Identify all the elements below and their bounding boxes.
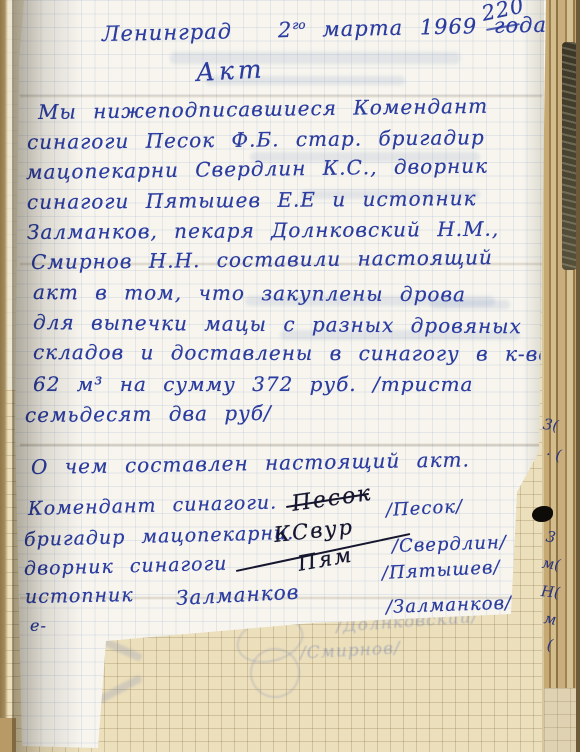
signature-role: дворник синагоги	[24, 553, 228, 580]
book-gutter-edge	[0, 0, 8, 752]
handwritten-line: Мы нижеподписавшиеся Комендант	[38, 94, 488, 124]
handwritten-line: синагоги Песок Ф.Б. стар. бригадир	[27, 125, 485, 154]
date-day-suffix: го	[292, 18, 306, 32]
handwritten-line: складов и доставлены в синагогу в к-ве	[33, 340, 551, 366]
postscript-mark: е-	[30, 616, 47, 635]
signature-transcript: /Свердлин/	[392, 532, 508, 557]
handwritten-line: семьдесят два руб/	[25, 401, 272, 427]
closing-line: О чем составлен настоящий акт.	[31, 447, 470, 479]
page-crease	[20, 443, 542, 447]
handwritten-line: Залманков, пекаря Долнковский Н.М.,	[27, 217, 499, 244]
ink-blot	[532, 506, 553, 522]
document-title: Акт	[195, 54, 266, 87]
signature-autograph: КСвур	[273, 515, 355, 547]
edge-text-fragment: Н(	[540, 582, 561, 602]
date-rest: марта 1969 года	[322, 13, 547, 42]
signature-transcript: /Песок/	[385, 496, 463, 521]
signature-role: Комендант синагоги.	[28, 491, 278, 520]
handwritten-line: 62 м³ на сумму 372 руб. /триста	[33, 372, 473, 396]
signature-autograph: Залманков	[175, 580, 300, 610]
edge-text-fragment: м(	[541, 554, 562, 574]
handwritten-line: для выпечки мацы с разных дровяных	[33, 310, 522, 338]
place-date-line: Ленинград2го марта 1969 года	[102, 13, 547, 46]
signature-transcript: /Залманков/	[386, 593, 513, 618]
lower-page-edge	[544, 688, 580, 752]
scanned-document: 3( · ( 3 м( Н( м ( /Долнковский/ /Смирно…	[0, 0, 580, 752]
signature-role: бригадир мацопекарни.	[24, 522, 295, 551]
handwritten-line: синагоги Пятышев Е.Е и истопник	[27, 186, 477, 214]
date-day: 2	[278, 18, 293, 42]
place-name: Ленинград	[102, 19, 233, 46]
handwritten-line: мацопекарни Свердлин К.С., дворник	[26, 154, 488, 184]
handwritten-line: Смирнов Н.Н. составили настоящий	[31, 245, 493, 274]
page-corner-edge	[0, 718, 16, 752]
edge-text-fragment: 3(	[542, 415, 560, 435]
edge-writing-texture	[562, 42, 577, 270]
handwritten-line: акт в том, что закуплены дрова	[33, 280, 466, 306]
scan-right-border	[576, 0, 580, 752]
dark-page-edge-with-writing	[562, 42, 577, 270]
edge-text-fragment: · (	[545, 445, 562, 465]
signature-transcript: /Пятышев/	[381, 557, 501, 584]
signature-role: истопник	[25, 584, 134, 608]
